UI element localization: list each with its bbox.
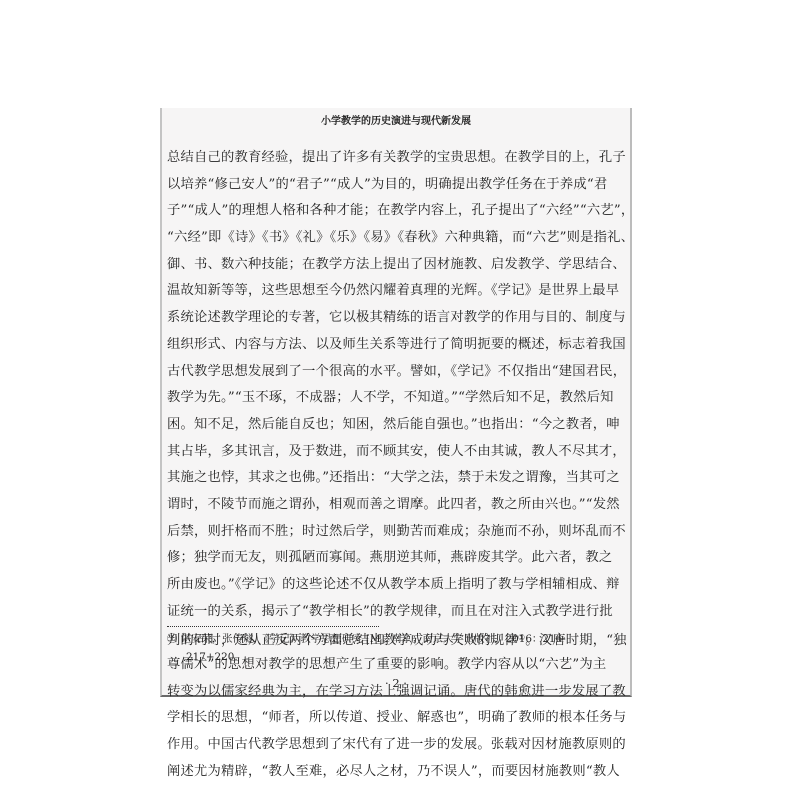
body-line: 其施之也悖，其求之也佛。”还指出：“大学之法，禁于未发之谓豫，当其可之: [167, 465, 627, 492]
body-line: 困。知不足，然后能自反也；知困，然后能自强也。”也指出：“今之教者，呻: [167, 412, 627, 439]
body-line: 古代教学思想发展到了一个很高的水平。譬如，《学记》不仅指出“建国君民，: [167, 359, 627, 386]
footnote-line: ① 谌安荣，张传燧，《学记》教学思想研究 [M]. 南京：南京大学出版社，201…: [167, 630, 622, 648]
body-line: 谓时，不陵节而施之谓孙，相观而善之谓摩。此四者，教之所由兴也。”“发然: [167, 492, 627, 519]
body-line: 作用。中国古代教学思想到了宋代有了进一步的发展。张载对因材施教原则的: [167, 732, 627, 759]
body-line: 以培养“修己安人”的“君子”“成人”为目的，明确提出教学任务在于养成“君: [167, 172, 627, 199]
page-number: · 2 ·: [162, 676, 630, 690]
body-line: 所由废也。”《学记》的这些论述不仅从教学本质上指明了教与学相辅相成、辩: [167, 572, 627, 599]
body-line: 总结自己的教育经验，提出了许多有关教学的宝贵思想。在教学目的上，孔子: [167, 145, 627, 172]
body-line: 修；独学而无友，则孤陋而寡闻。燕朋逆其师，燕辟废其学。此六者，教之: [167, 545, 627, 572]
body-line: 后禁，则扞格而不胜；时过然后学，则勤苦而难成；杂施而不孙，则坏乱而不: [167, 519, 627, 546]
body-line: 系统论述教学理论的专著，它以极其精练的语言对教学的作用与目的、制度与: [167, 305, 627, 332]
body-line: 学相长的思想，“师者，所以传道、授业、解惑也”，明确了教师的根本任务与: [167, 705, 627, 732]
body-line: “六经”即《诗》《书》《礼》《乐》《易》《春秋》六种典籍，而“六艺”则是指礼、乐…: [167, 225, 627, 252]
body-line: 组织形式、内容与方法、以及师生关系等进行了简明扼要的概述，标志着我国: [167, 332, 627, 359]
body-line: 证统一的关系，揭示了“教学相长”的教学规律，而且在对注入式教学进行批: [167, 599, 627, 626]
running-head: 小学教学的历史演进与现代新发展: [162, 112, 630, 127]
body-line: 教学为先。”“玉不琢，不成器；人不学，不知道。”“学然后知不足，教然后知: [167, 385, 627, 412]
body-line: 子”“成人”的理想人格和各种才能；在教学内容上，孔子提出了“六经”“六艺”，: [167, 198, 627, 225]
footnote: ① 谌安荣，张传燧，《学记》教学思想研究 [M]. 南京：南京大学出版社，201…: [167, 630, 622, 666]
footnote-text: 谌安荣，张传燧，《学记》教学思想研究 [M]. 南京：南京大学出版社，2016：…: [181, 633, 566, 645]
body-line: 御、书、数六种技能；在教学方法上提出了因材施教、启发教学、学思结合、: [167, 252, 627, 279]
footnote-text-continued: 217+220.: [167, 648, 622, 666]
body-line: 阐述尤为精辟，“教人至难，必尽人之材，乃不误人”，而要因材施教则“教人: [167, 759, 627, 786]
body-line: 温故知新等等，这些思想至今仍然闪耀着真理的光辉。《学记》是世界上最早: [167, 278, 627, 305]
footnote-separator: [167, 626, 379, 627]
body-line: 其占毕，多其讯言，及于数进，而不顾其安，使人不由其诚，教人不尽其才，: [167, 439, 627, 466]
footnote-marker: ①: [167, 633, 177, 645]
document-page: 小学教学的历史演进与现代新发展 总结自己的教育经验，提出了许多有关教学的宝贵思想…: [160, 108, 632, 697]
